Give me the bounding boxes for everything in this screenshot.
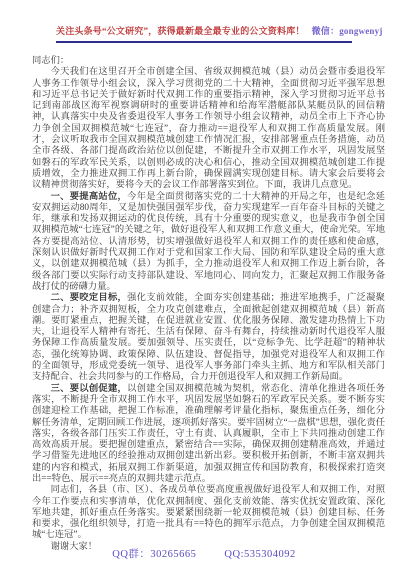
paragraph-conclusion: 同志们，各县（市、区）、各成员单位要高度重视做好退役军人和双拥工作，对照今年工作… <box>32 485 385 541</box>
promo-wechat-text: 微信：gongwenyj <box>312 26 383 36</box>
qq-number-text: QQ:535304092 <box>224 549 295 560</box>
paragraph-intro: 今天我们在这里召开全市创建全国、省级双拥模范城（县）动员会暨市委退役军人事务工作… <box>32 67 385 191</box>
section-3-heading: 三、要以创促建， <box>51 384 128 394</box>
document-body: 同志们： 今天我们在这里召开全市创建全国、省级双拥模范城（县）动员会暨市委退役军… <box>32 56 385 553</box>
section-2-text: 强化支前效能，全面夯实创建基础；推进军地携手，广泛凝聚创建合力；补齐双拥短板，全… <box>32 293 385 382</box>
paragraph-section-2: 二、要咬定目标，强化支前效能，全面夯实创建基础；推进军地携手，广泛凝聚创建合力；… <box>32 293 385 383</box>
section-2-heading: 二、要咬定目标， <box>51 293 128 303</box>
promo-header: 关注头条号“公文研究”，获得最新最全最专业的公文资料库！微信：gongwenyj <box>56 24 352 43</box>
paragraph-intro-text: 今天我们在这里召开全市创建全国、省级双拥模范城（县）动员会暨市委退役军人事务工作… <box>32 67 385 190</box>
paragraph-section-1: 一、要提高站位，今年是全面贯彻落实党的二十大精神的开局之年，也是纪念延安双拥运动… <box>32 192 385 294</box>
paragraph-section-3: 三、要以创促建，以创建全国双拥模范城为契机，常态化、清单化推进各项任务落实，不断… <box>32 384 385 486</box>
document-page: 关注头条号“公文研究”，获得最新最全最专业的公文资料库！微信：gongwenyj… <box>0 0 408 580</box>
paragraph-conclusion-text: 同志们，各县（市、区）、各成员单位要高度重视做好退役军人和双拥工作，对照今年工作… <box>32 485 385 540</box>
contact-footer: QQ群：30265665QQ:535304092 <box>0 546 408 561</box>
section-1-heading: 一、要提高站位， <box>51 192 128 202</box>
salutation: 同志们： <box>32 56 385 67</box>
promo-notice-text: 关注头条号“公文研究”，获得最新最全最专业的公文资料库！ <box>56 26 305 36</box>
qq-group-text: QQ群：30265665 <box>112 549 196 560</box>
section-1-text: 今年是全面贯彻落实党的二十大精神的开局之年，也是纪念延安双拥运动80周年，又是加… <box>32 192 385 292</box>
section-3-text: 以创建全国双拥模范城为契机，常态化、清单化推进各项任务落实，不断提升全市双拥工作… <box>32 384 385 484</box>
